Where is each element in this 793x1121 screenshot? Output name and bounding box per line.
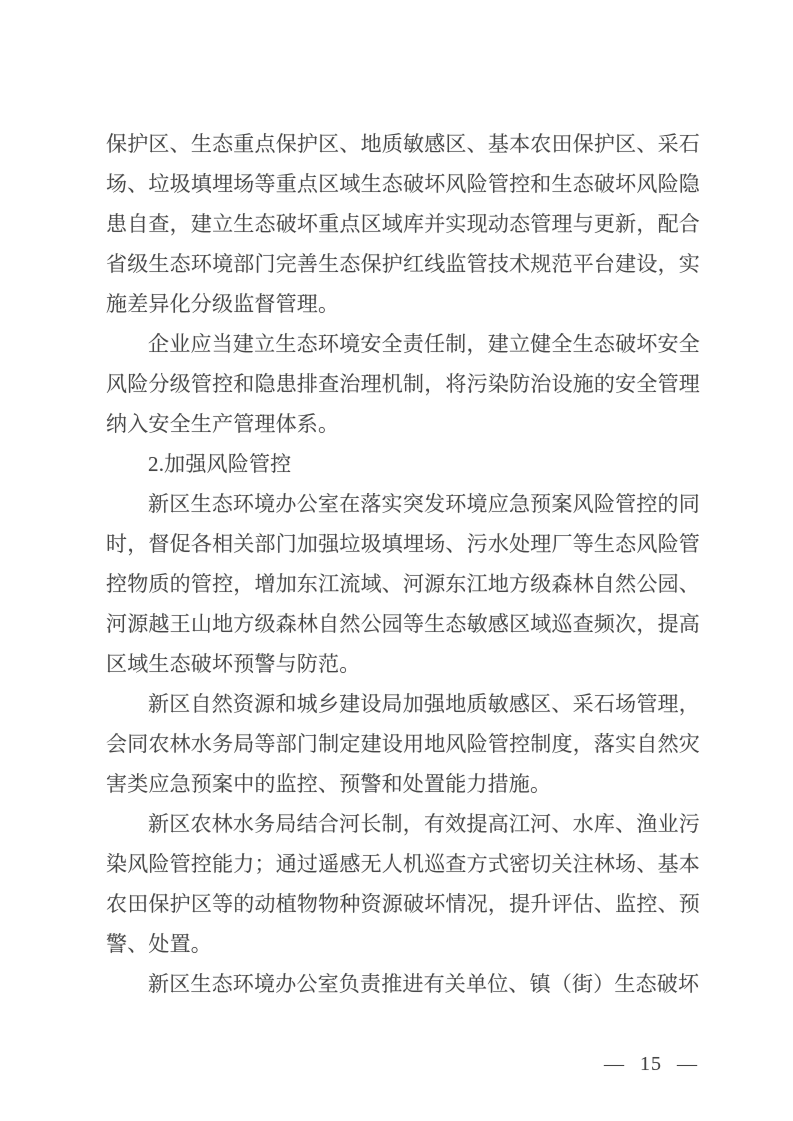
paragraph-continuation: 保护区、生态重点保护区、地质敏感区、基本农田保护区、采石场、垃圾填埋场等重点区域… — [106, 124, 700, 324]
page-number: — 15 — — [604, 1052, 698, 1076]
document-page: 保护区、生态重点保护区、地质敏感区、基本农田保护区、采石场、垃圾填埋场等重点区域… — [0, 0, 793, 1121]
paragraph: 企业应当建立生态环境安全责任制，建立健全生态破坏安全风险分级管控和隐患排查治理机… — [106, 324, 700, 444]
paragraph-partial: 新区生态环境办公室负责推进有关单位、镇（街）生态破坏 — [106, 964, 700, 1004]
section-heading: 2.加强风险管控 — [106, 444, 700, 484]
document-body: 保护区、生态重点保护区、地质敏感区、基本农田保护区、采石场、垃圾填埋场等重点区域… — [106, 124, 700, 1004]
paragraph: 新区生态环境办公室在落实突发环境应急预案风险管控的同时，督促各相关部门加强垃圾填… — [106, 484, 700, 684]
paragraph: 新区自然资源和城乡建设局加强地质敏感区、采石场管理，会同农林水务局等部门制定建设… — [106, 684, 700, 804]
paragraph: 新区农林水务局结合河长制，有效提高江河、水库、渔业污染风险管控能力；通过遥感无人… — [106, 804, 700, 964]
